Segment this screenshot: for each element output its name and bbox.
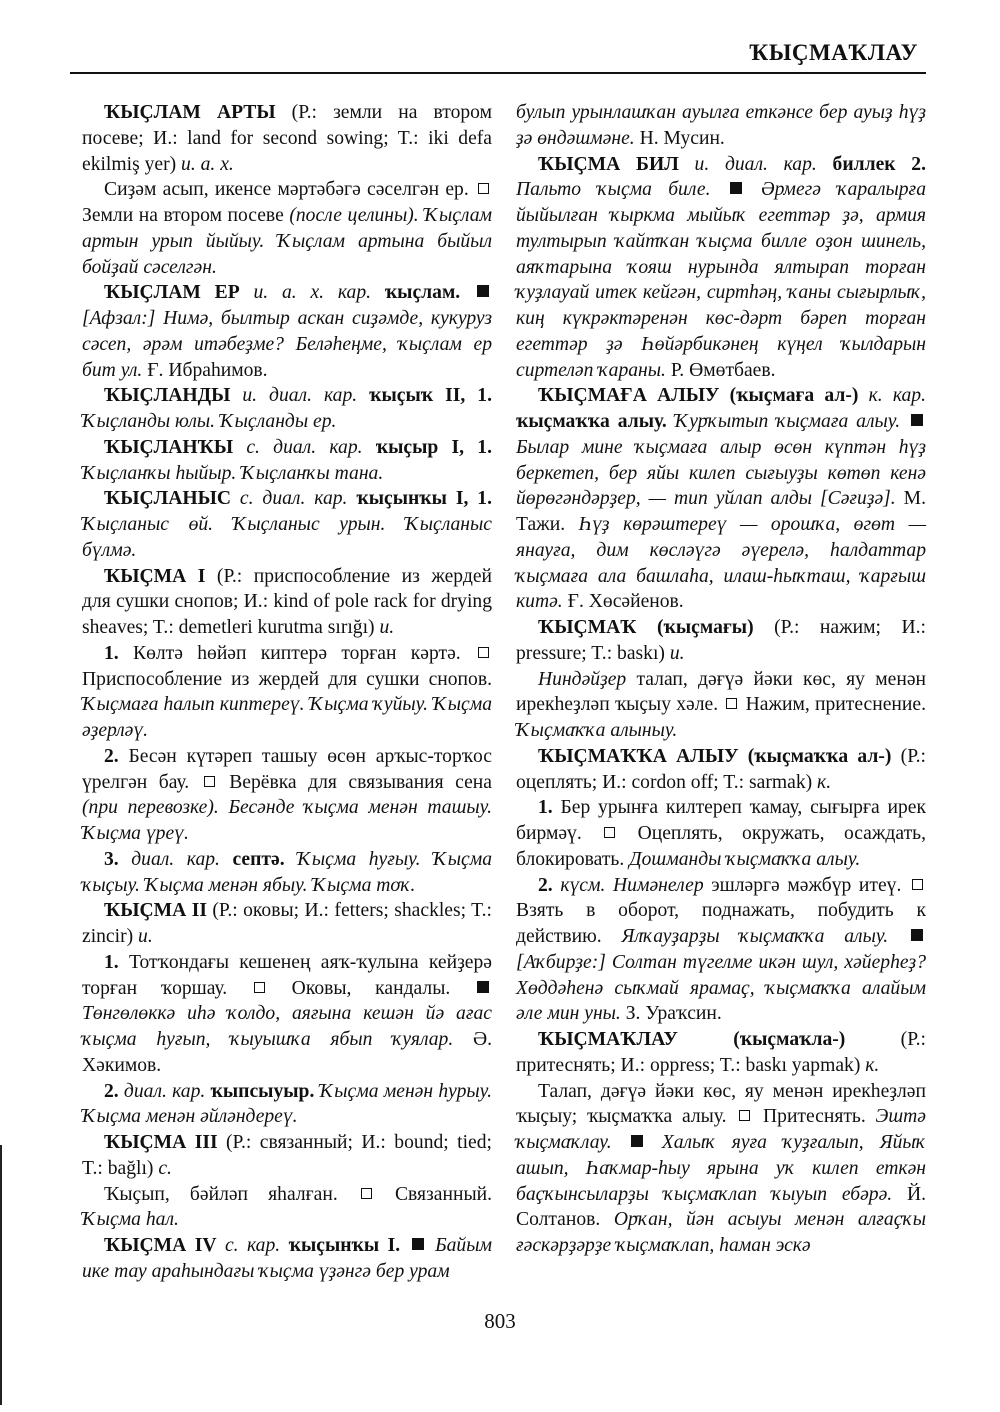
dictionary-entry: ҠЫҪМА IV с. кар. ҡыҫынҡы I. Байым ике та…	[82, 1233, 492, 1285]
entry-definition: Ниндәйҙер талап, дәғүә йәки көс, яу менә…	[516, 667, 926, 744]
headword: ҠЫҪЛАНДЫ	[104, 385, 230, 406]
open-square-icon	[478, 183, 489, 194]
right-column: булып урынлашҡан ауылға еткәнсе бер ауыҙ…	[516, 100, 926, 1259]
headword: ҠЫҪЛАНҠЫ	[104, 437, 233, 458]
dictionary-entry: ҠЫҪМАҒА АЛЫУ (ҡыҫмаға ал-) к. кар. ҡыҫма…	[516, 383, 926, 615]
filled-square-icon	[477, 981, 489, 993]
filled-square-icon	[631, 1135, 643, 1147]
entry-sense: 3. диал. кар. септә. Ҡыҫма һуғыу. Ҡыҫма …	[82, 847, 492, 899]
open-square-icon	[739, 1110, 750, 1121]
headword: ҠЫҪМАҠЛАУ (ҡыҫмаҡла-)	[538, 1029, 845, 1050]
left-column: ҠЫҪЛАМ АРТЫ (Р.: земли на втором посеве;…	[82, 100, 492, 1285]
running-head: ҠЫҪМАҠЛАУ	[749, 40, 918, 66]
headword: ҠЫҪМА БИЛ	[538, 154, 679, 175]
headword: ҠЫҪЛАМ АРТЫ	[104, 102, 276, 123]
open-square-icon	[361, 1188, 372, 1199]
dictionary-entry: ҠЫҪМА БИЛ и. диал. кар. биллек 2. Пальто…	[516, 152, 926, 384]
open-square-icon	[604, 827, 615, 838]
open-square-icon	[912, 879, 923, 890]
headword: ҠЫҪМА IV	[104, 1235, 217, 1256]
scan-edge-line	[0, 1145, 2, 1405]
dictionary-entry: ҠЫҪЛАМ ЕР и. а. х. кар. ҡыҫлам. [Афзал:]…	[82, 280, 492, 383]
dictionary-entry: ҠЫҪМА I (Р.: приспособление из жердей дл…	[82, 564, 492, 641]
entry-sense: 1. Тотҡондағы кешенең аяҡ-ҡулына кейҙерә…	[82, 950, 492, 1079]
dictionary-entry: ҠЫҪМАҠҠА АЛЫУ (ҡыҫмаҡҡа ал-) (Р.: оцепля…	[516, 744, 926, 796]
entry-continuation: булып урынлашҡан ауылға еткәнсе бер ауыҙ…	[516, 100, 926, 152]
entry-sense: 1. Көлтә һөйәп киптерә торған кәртә. При…	[82, 641, 492, 744]
headword: ҠЫҪМА I	[104, 566, 205, 587]
dictionary-entry: ҠЫҪМАҠЛАУ (ҡыҫмаҡла-) (Р.: притеснять; И…	[516, 1027, 926, 1079]
headword: ҠЫҪЛАНЫС	[104, 488, 231, 509]
filled-square-icon	[477, 285, 489, 297]
headword: ҠЫҪМАҠҠА АЛЫУ (ҡыҫмаҡҡа ал-)	[538, 746, 891, 767]
entry-sense: 2. күсм. Нимәнелер эшләргә мәжбүр итеү. …	[516, 873, 926, 1028]
dictionary-entry: ҠЫҪЛАНДЫ и. диал. кар. ҡыҫыҡ II, 1. Ҡыҫл…	[82, 383, 492, 435]
filled-square-icon	[412, 1238, 424, 1250]
filled-square-icon	[911, 414, 923, 426]
dictionary-entry: ҠЫҪЛАНҠЫ с. диал. кар. ҡыҫыр I, 1. Ҡыҫла…	[82, 435, 492, 487]
headword: ҠЫҪМАҒА АЛЫУ (ҡыҫмаға ал-)	[538, 385, 858, 406]
headword: ҠЫҪМА III	[104, 1132, 218, 1153]
entry-definition: Сиҙәм асып, икенсе мәртәбәгә сәселгән ер…	[82, 177, 492, 280]
dictionary-entry: ҠЫҪЛАМ АРТЫ (Р.: земли на втором посеве;…	[82, 100, 492, 177]
dictionary-entry: ҠЫҪМА III (Р.: связанный; И.: bound; tie…	[82, 1130, 492, 1182]
filled-square-icon	[730, 182, 742, 194]
open-square-icon	[204, 776, 215, 787]
open-square-icon	[478, 647, 489, 658]
page-number: 803	[0, 1309, 1000, 1334]
filled-square-icon	[911, 929, 923, 941]
entry-definition: Ҡыҫып, бәйләп яһалған. Связанный. Ҡыҫма …	[82, 1182, 492, 1234]
entry-sense: 1. Бер урынға килтереп ҡамау, сығырға ир…	[516, 795, 926, 872]
entry-sense: 2. Бесән күтәреп ташыу өсөн арҡыс-торҡос…	[82, 744, 492, 847]
headword: ҠЫҪМАҠ (ҡыҫмағы)	[538, 617, 754, 638]
dictionary-entry: ҠЫҪМА II (Р.: оковы; И.: fetters; shackl…	[82, 898, 492, 950]
open-square-icon	[254, 982, 265, 993]
header-rule	[70, 72, 926, 74]
dictionary-entry: ҠЫҪЛАНЫС с. диал. кар. ҡыҫынҡы I, 1. Ҡыҫ…	[82, 486, 492, 563]
entry-sense: 2. диал. кар. ҡыпсыуыр. Ҡыҫма менән һуры…	[82, 1079, 492, 1131]
headword: ҠЫҪЛАМ ЕР	[104, 282, 240, 303]
open-square-icon	[726, 698, 737, 709]
headword: ҠЫҪМА II	[104, 900, 207, 921]
entry-definition: Талап, дәғүә йәки көс, яу менән ирекһеҙл…	[516, 1079, 926, 1259]
dictionary-entry: ҠЫҪМАҠ (ҡыҫмағы) (Р.: нажим; И.: pressur…	[516, 615, 926, 667]
